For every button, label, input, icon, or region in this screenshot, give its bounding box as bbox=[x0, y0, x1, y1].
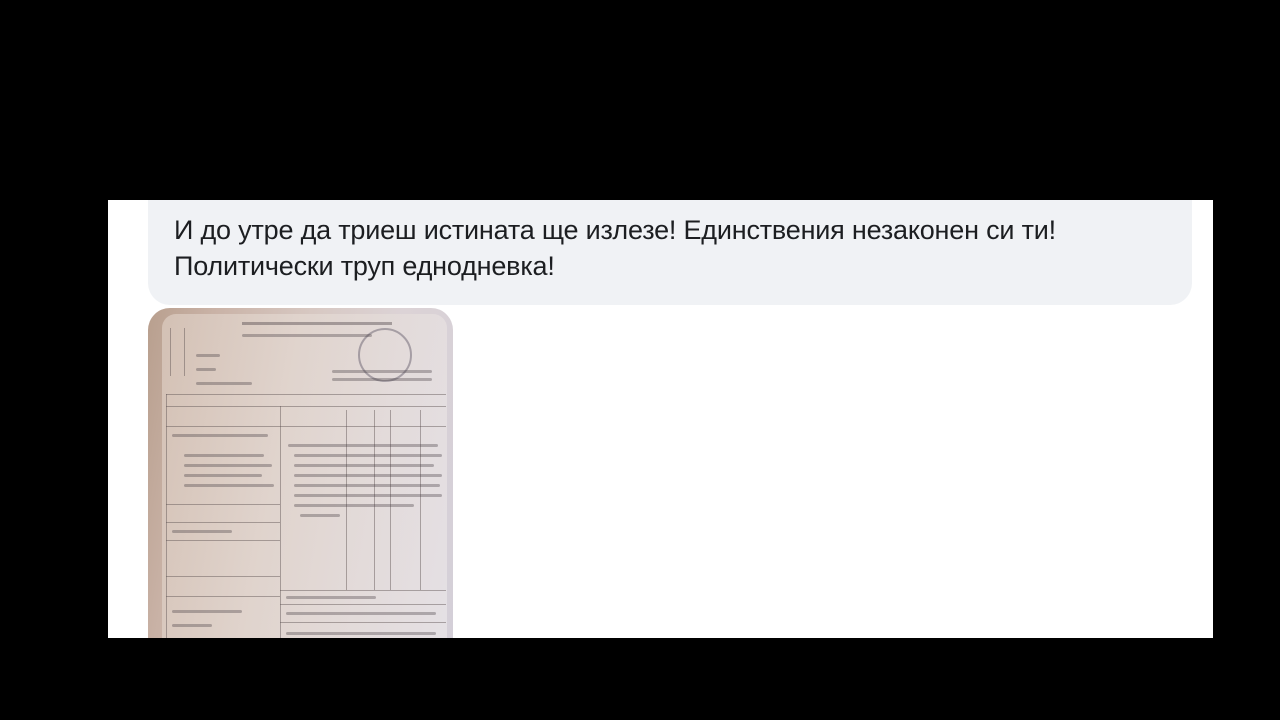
document-line bbox=[280, 590, 446, 591]
document-line bbox=[166, 406, 446, 407]
document-scribble bbox=[288, 444, 438, 447]
document-scribble bbox=[172, 434, 268, 437]
document-line bbox=[374, 410, 375, 590]
document-line bbox=[280, 604, 446, 605]
document-scribble bbox=[300, 514, 340, 517]
document-line bbox=[166, 394, 446, 395]
document-line bbox=[346, 410, 347, 590]
comment-bubble: И до утре да триеш истината ще излезе! Е… bbox=[148, 200, 1192, 305]
document-scribble bbox=[294, 454, 442, 457]
document-line bbox=[170, 328, 171, 376]
document-scribble bbox=[184, 484, 274, 487]
document-scribble bbox=[172, 624, 212, 627]
document-line bbox=[390, 410, 391, 590]
document-line bbox=[420, 410, 421, 590]
document-line bbox=[166, 426, 280, 427]
document-scribble bbox=[332, 370, 432, 373]
document-scribble bbox=[184, 454, 264, 457]
document-line bbox=[166, 596, 280, 597]
document-line bbox=[166, 394, 167, 638]
document-scribble bbox=[294, 474, 442, 477]
comment-text: И до утре да триеш истината ще излезе! Е… bbox=[174, 212, 1174, 284]
document-line bbox=[280, 622, 446, 623]
document-scribble bbox=[184, 464, 272, 467]
document-scribble bbox=[294, 504, 414, 507]
document-scribble bbox=[286, 612, 436, 615]
document-scribble bbox=[172, 610, 242, 613]
document-scribble bbox=[294, 484, 440, 487]
document-line bbox=[280, 426, 446, 427]
document-line bbox=[184, 328, 185, 376]
comment-panel: И до утре да триеш истината ще излезе! Е… bbox=[108, 200, 1213, 638]
document-scribble bbox=[196, 382, 252, 385]
document-scribble bbox=[196, 354, 220, 357]
document-scribble bbox=[184, 474, 262, 477]
attached-photo[interactable] bbox=[148, 308, 453, 638]
document-scribble bbox=[172, 530, 232, 533]
document-scribble bbox=[196, 368, 216, 371]
document-scribble bbox=[286, 596, 376, 599]
document-line bbox=[166, 576, 280, 577]
document-header bbox=[242, 322, 392, 325]
document-line bbox=[166, 504, 280, 505]
document-line bbox=[166, 540, 280, 541]
document-scribble bbox=[294, 464, 434, 467]
document-scribble bbox=[242, 334, 372, 337]
document-image bbox=[162, 314, 447, 638]
document-line bbox=[166, 522, 280, 523]
document-scribble bbox=[286, 632, 436, 635]
document-scribble bbox=[294, 494, 442, 497]
document-scribble bbox=[332, 378, 432, 381]
